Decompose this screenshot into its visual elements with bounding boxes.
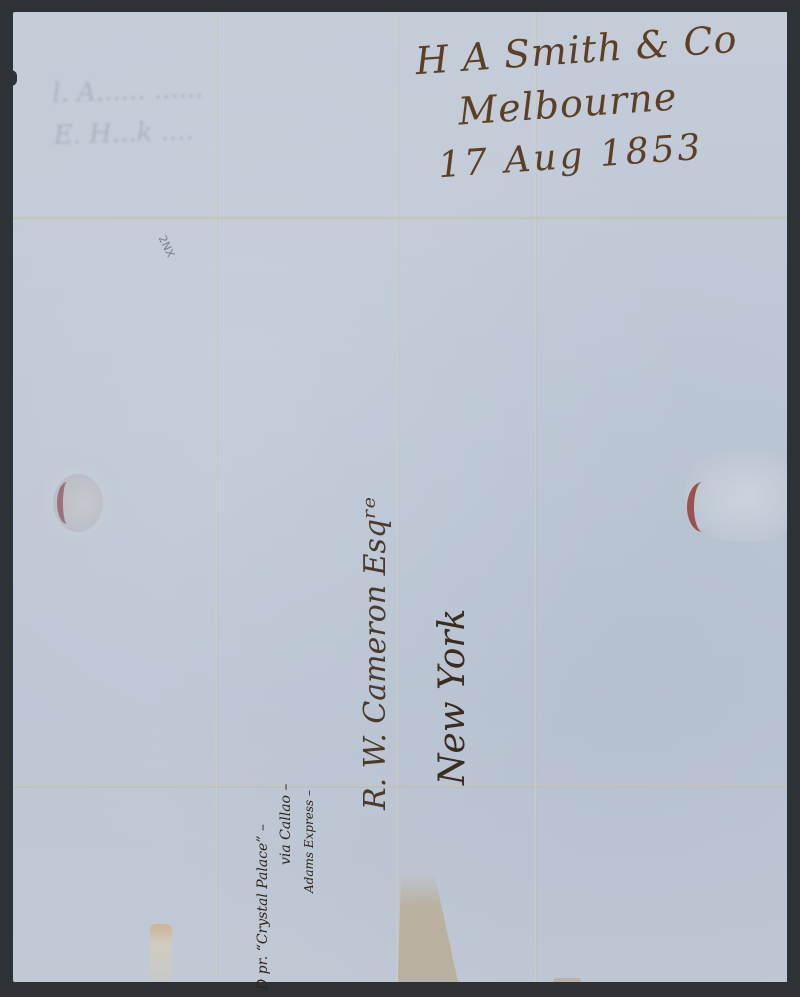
fold-line-vertical-center xyxy=(396,12,399,982)
addressee-city: New York xyxy=(432,609,473,785)
fold-line-vertical-left xyxy=(215,12,218,982)
routing-note-ship: D pr. “Crystal Palace” – xyxy=(255,824,271,990)
wax-seal-remnant-right xyxy=(685,452,787,542)
water-stain-left xyxy=(150,924,172,982)
routing-note-via: via Callao – xyxy=(278,784,294,865)
wax-seal-remnant-left xyxy=(53,474,103,532)
routing-note-express: Adams Express – xyxy=(302,790,316,893)
addressee-name: R. W. Cameron Esqʳᵉ xyxy=(358,497,393,810)
water-stain-bottom xyxy=(553,978,581,982)
fold-line-horizontal-top xyxy=(13,216,787,219)
bleed-through-writing: l. A...... ...... E. H...k .... xyxy=(52,61,395,163)
fold-line-horizontal-bottom xyxy=(13,785,787,788)
water-stain-center xyxy=(398,872,458,982)
edge-notch xyxy=(13,70,17,86)
